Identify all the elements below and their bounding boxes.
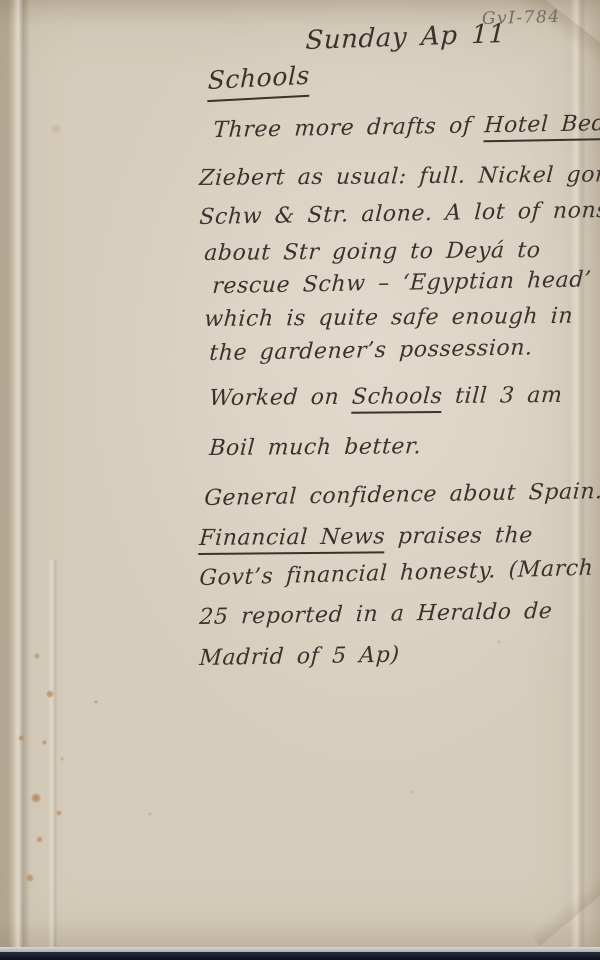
foxing-spot [34,653,40,659]
foxing-spot [42,740,47,745]
notebook-paper [0,0,600,950]
line-text: till 3 am [442,383,563,409]
line-text: Madrid of 5 Ap) [199,643,401,672]
line-text: which is quite safe enough in [203,304,574,332]
handwritten-line: which is quite safe enough in [203,304,574,332]
foxing-spot [36,836,43,843]
handwritten-line: Boil much better. [208,434,422,461]
line-text: Worked on [208,385,352,411]
scanned-diary-page: GvI-784 Sunday Ap 11 Schools Three more … [0,0,600,960]
handwritten-line: Ziebert as usual: full. Nickel gone, [198,162,600,191]
line-text: Ziebert as usual: full. Nickel gone, [198,162,600,191]
line-text: praises the [385,523,534,549]
section-title: Schools [207,61,310,95]
section-title-text: Schools [207,61,310,102]
foxing-spot [410,790,414,794]
handwritten-line: about Str going to Deyá to [203,238,541,266]
line-text-underlined: Hotel Bedroom [483,110,600,142]
foxing-spot [50,124,62,134]
handwritten-line: Madrid of 5 Ap) [199,643,401,672]
foxing-spot [31,793,41,803]
line-text: Boil much better. [208,434,422,461]
handwritten-line: Financial News praises the [198,523,533,551]
foxing-spot [56,810,62,816]
line-text: about Str going to Deyá to [203,238,541,266]
line-text-underlined: Financial News [198,524,386,555]
line-text: Three more drafts of [213,113,485,143]
foxing-spot [46,690,54,698]
left-fold-crease [12,0,30,950]
right-page-edge [570,0,586,950]
foxing-spot [94,700,98,704]
left-minor-crease [48,560,58,950]
scan-bed-edge [0,952,600,960]
foxing-spot [18,735,24,741]
foxing-spot [497,640,501,644]
foxing-spot [60,757,64,761]
line-text-underlined: Schools [351,384,443,414]
foxing-spot [148,812,152,816]
foxing-spot [26,874,34,882]
handwritten-line: Worked on Schools till 3 am [208,383,563,411]
